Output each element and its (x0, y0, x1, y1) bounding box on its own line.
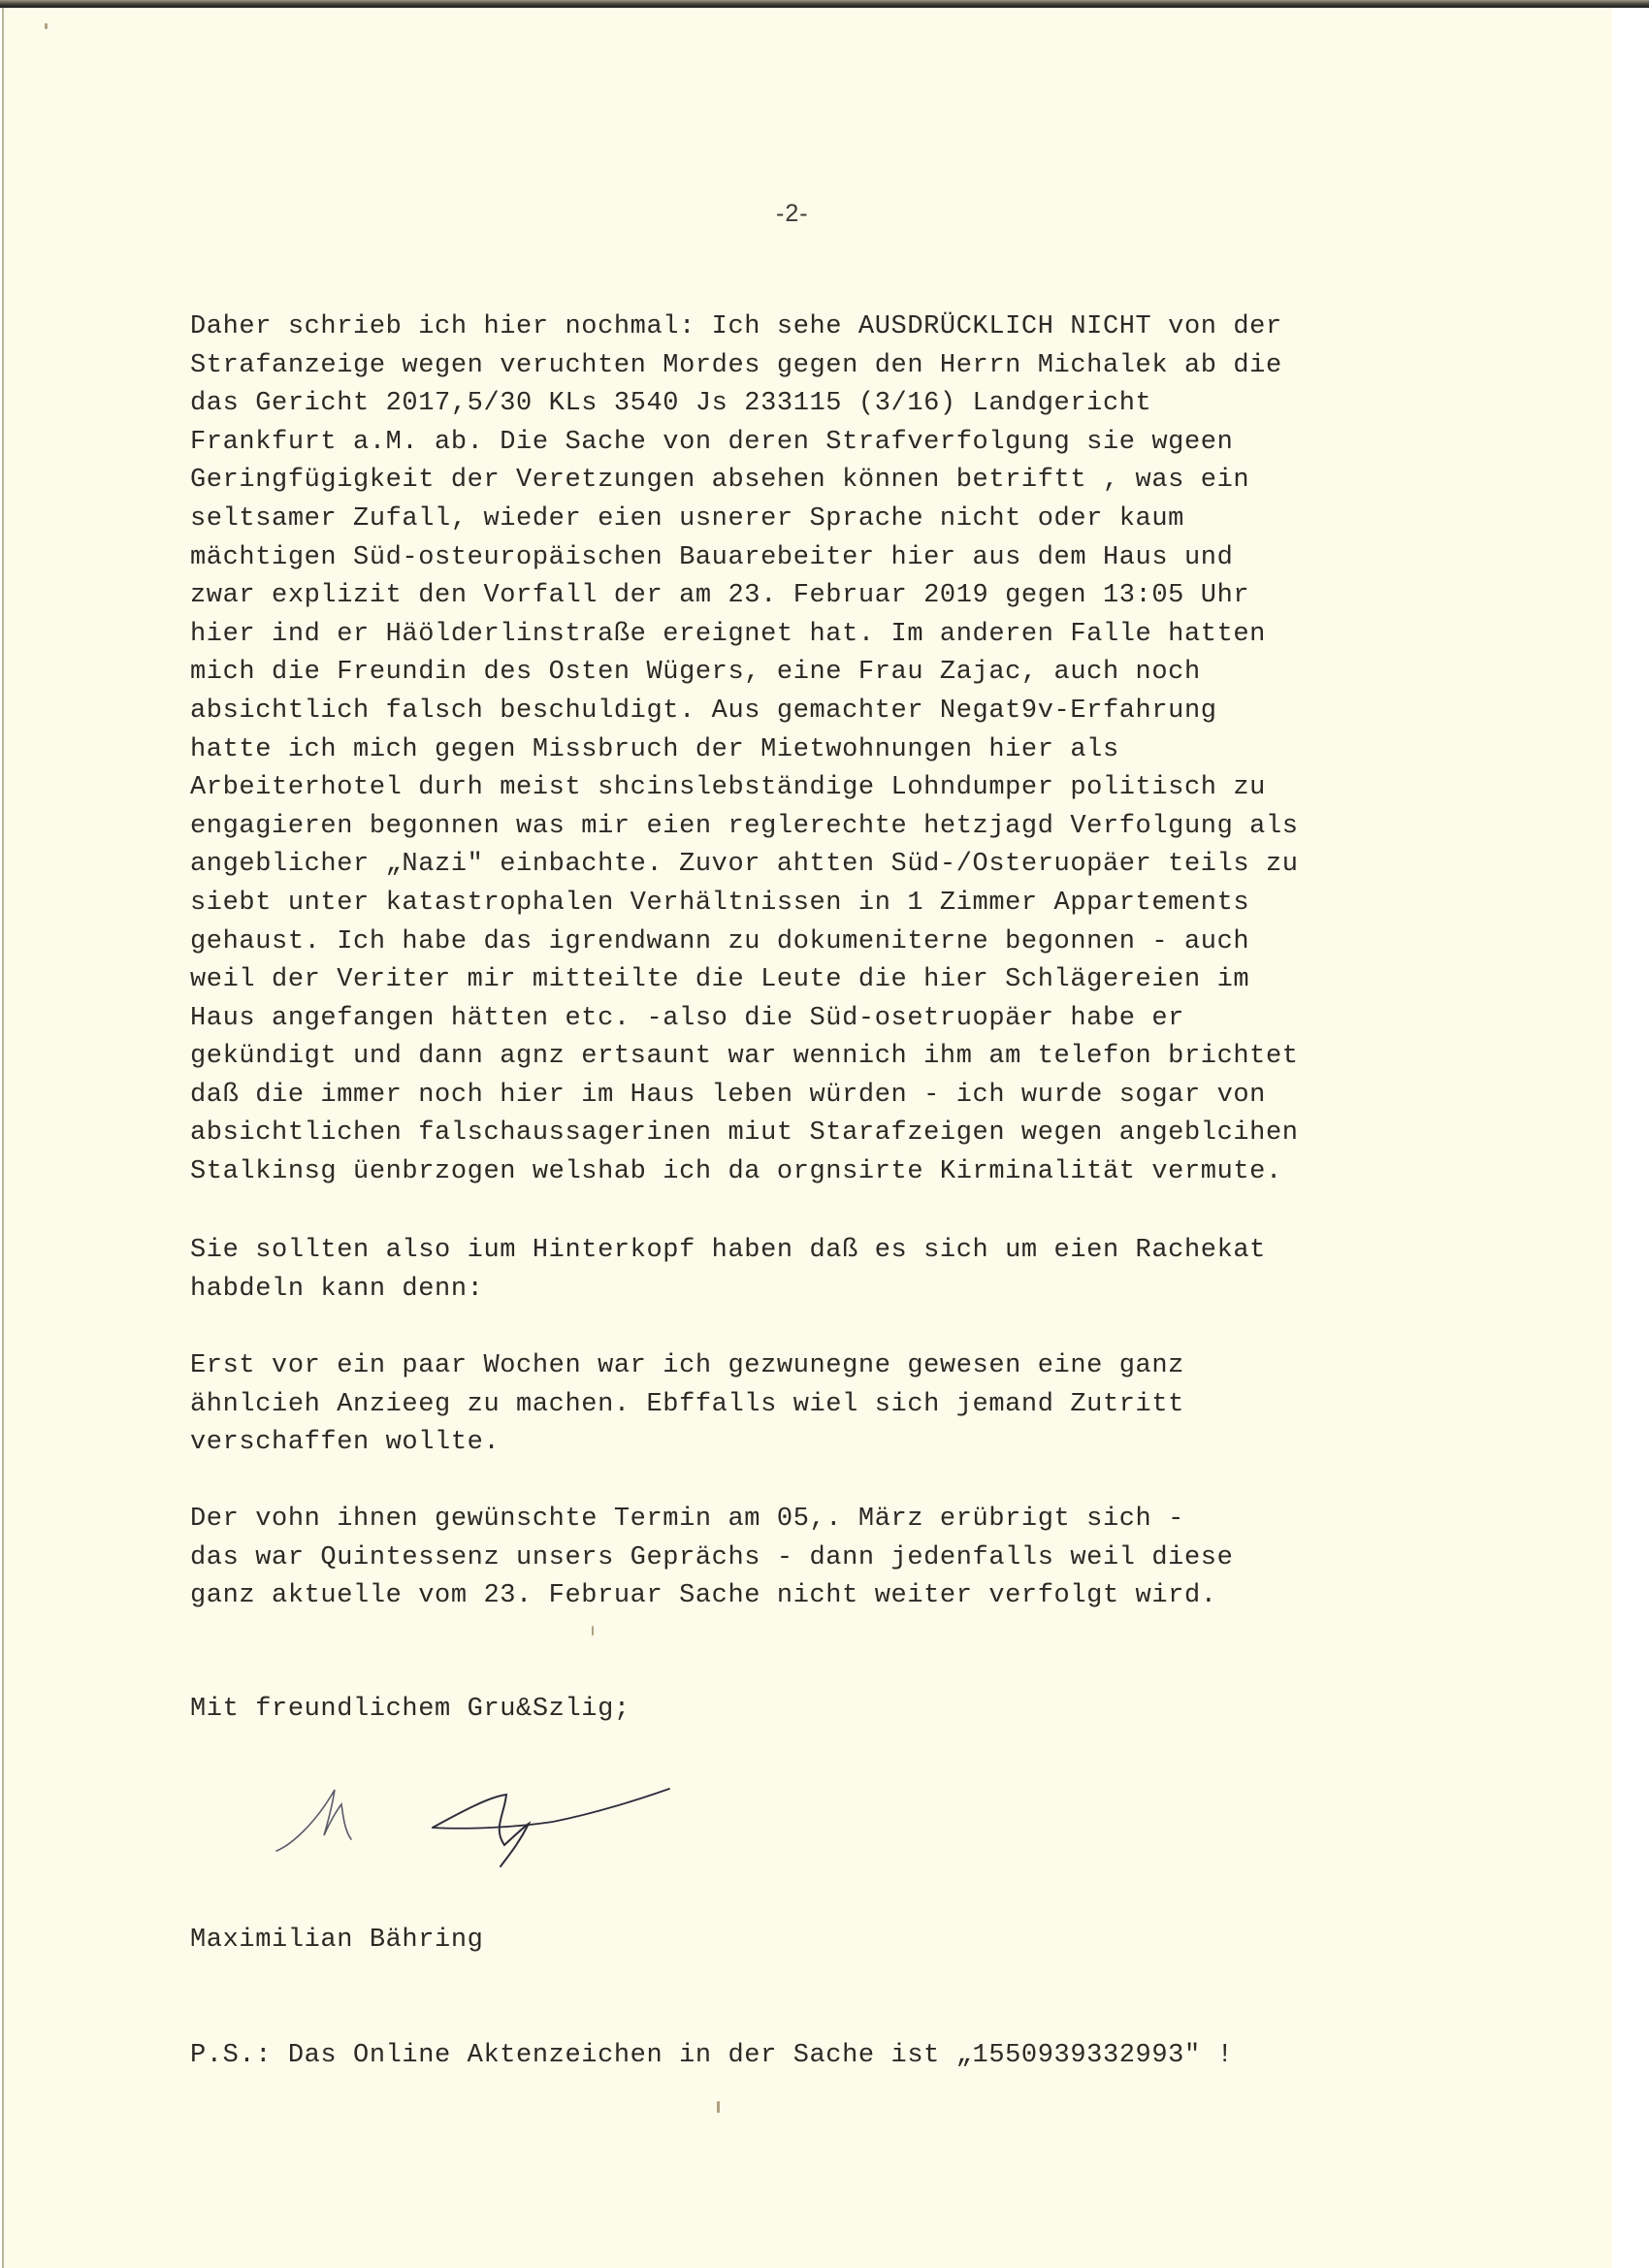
text-line: Stalkinsg üenbrzogen welshab ich da orgn… (190, 1153, 1299, 1192)
text-line: habdeln kann denn: (190, 1271, 1266, 1310)
postscript: P.S.: Das Online Aktenzeichen in der Sac… (190, 2041, 1233, 2070)
text-line: zwar explizit den Vorfall der am 23. Feb… (190, 577, 1299, 616)
text-line: ganz aktuelle vom 23. Februar Sache nich… (190, 1577, 1233, 1616)
text-line: ähnlcieh Anzieeg zu machen. Ebffalls wie… (190, 1386, 1184, 1425)
text-line: engagieren begonnen was mir eien reglere… (190, 808, 1299, 847)
closing-salutation: Mit freundlichem Gru&Szlig; (190, 1695, 630, 1724)
text-line: das war Quintessenz unsers Geprächs - da… (190, 1539, 1233, 1578)
paragraph-2: Sie sollten also ium Hinterkopf haben da… (190, 1232, 1266, 1309)
text-line: angeblicher „Nazi" einbachte. Zuvor ahtt… (190, 846, 1299, 885)
handwritten-signature (262, 1785, 689, 1901)
paragraph-3: Erst vor ein paar Wochen war ich gezwune… (190, 1347, 1184, 1463)
text-line: gekündigt und dann agnz ertsaunt war wen… (190, 1038, 1299, 1077)
scan-speck (717, 2101, 720, 2113)
text-line: absichtlichen falschaussagerinen miut St… (190, 1115, 1299, 1153)
text-line: siebt unter katastrophalen Verhältnissen… (190, 885, 1299, 923)
text-line: seltsamer Zufall, wieder eien usnerer Sp… (190, 501, 1299, 539)
text-line: daß die immer noch hier im Haus leben wü… (190, 1077, 1299, 1116)
text-line: Erst vor ein paar Wochen war ich gezwune… (190, 1347, 1184, 1386)
text-line: Frankfurt a.M. ab. Die Sache von deren S… (190, 424, 1299, 463)
sender-name: Maximilian Bähring (190, 1926, 483, 1955)
text-line: mächtigen Süd-osteuropäischen Bauarebeit… (190, 539, 1299, 578)
text-line: verschaffen wollte. (190, 1424, 1184, 1463)
text-line: Geringfügigkeit der Veretzungen absehen … (190, 462, 1299, 501)
text-line: Haus angefangen hätten etc. -also die Sü… (190, 1000, 1299, 1039)
scan-speck (45, 23, 48, 29)
page-number: -2- (776, 200, 809, 228)
text-line: weil der Veriter mir mitteilte die Leute… (190, 961, 1299, 1000)
paragraph-4: Der vohn ihnen gewünschte Termin am 05,.… (190, 1501, 1233, 1616)
text-line: absichtlich falsch beschuldigt. Aus gema… (190, 693, 1299, 731)
text-line: Sie sollten also ium Hinterkopf haben da… (190, 1232, 1266, 1271)
text-line: gehaust. Ich habe das igrendwann zu doku… (190, 923, 1299, 962)
text-line: das Gericht 2017,5/30 KLs 3540 Js 233115… (190, 385, 1299, 424)
text-line: Daher schrieb ich hier nochmal: Ich sehe… (190, 308, 1299, 347)
scan-edge-top (0, 0, 1649, 8)
scan-speck (592, 1626, 594, 1636)
text-line: Der vohn ihnen gewünschte Termin am 05,.… (190, 1501, 1233, 1539)
text-line: hier ind er Häölderlinstraße ereignet ha… (190, 616, 1299, 655)
text-line: hatte ich mich gegen Missbruch der Mietw… (190, 731, 1299, 770)
text-line: mich die Freundin des Osten Wügers, eine… (190, 654, 1299, 693)
paragraph-1: Daher schrieb ich hier nochmal: Ich sehe… (190, 308, 1299, 1192)
text-line: Strafanzeige wegen veruchten Mordes gege… (190, 347, 1299, 386)
text-line: Arbeiterhotel durh meist shcinslebständi… (190, 769, 1299, 808)
